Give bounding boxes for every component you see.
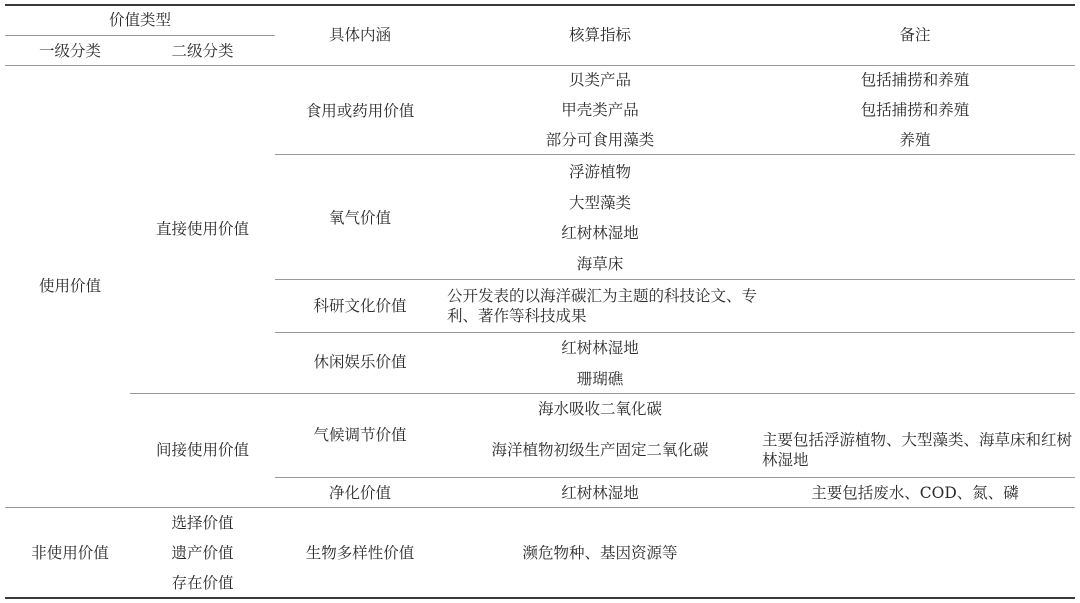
note-purify: 主要包括废水、COD、氮、磷 (755, 483, 1075, 503)
header-bottom-rule (5, 65, 1075, 66)
level2-non-use-list: 选择价值 遗产价值 存在价值 (135, 513, 270, 593)
indicator-item: 海草床 (577, 254, 624, 274)
indicators-leisure: 红树林湿地 珊瑚礁 (445, 338, 755, 389)
indicator-item: 珊瑚礁 (577, 369, 624, 389)
connotation-purify: 净化价值 (275, 483, 445, 503)
connotation-food: 食用或药用价值 (275, 101, 445, 121)
row-rule-food (275, 154, 1075, 155)
indicator-item: 部分可食用藻类 (546, 130, 655, 150)
notes-food: 包括捕捞和养殖 包括捕捞和养殖 养殖 (755, 70, 1075, 150)
note-item: 包括捕捞和养殖 (861, 70, 970, 90)
header-value-type: 价值类型 (5, 10, 275, 30)
indicator-research: 公开发表的以海洋碳汇为主题的科技论文、专利、著作等科技成果 (447, 286, 757, 326)
row-rule-research (275, 332, 1075, 333)
connotation-research: 科研文化价值 (275, 296, 445, 316)
indicator-item: 浮游植物 (569, 162, 631, 182)
note-item: 包括捕捞和养殖 (861, 100, 970, 120)
indicator-item: 大型藻类 (569, 193, 631, 213)
header-connotation: 具体内涵 (275, 25, 445, 45)
level1-non-use: 非使用价值 (5, 543, 135, 563)
indicator-biodiversity: 濒危物种、基因资源等 (445, 543, 755, 563)
table-top-rule (5, 4, 1075, 6)
indicator-item: 贝类产品 (569, 70, 631, 90)
header-level2: 二级分类 (135, 41, 270, 61)
header-level1: 一级分类 (5, 41, 135, 61)
level2-option-value: 选择价值 (171, 513, 233, 533)
indicator-purify: 红树林湿地 (445, 483, 755, 503)
level2-indirect-use: 间接使用价值 (135, 440, 270, 460)
row-rule-oxygen (275, 279, 1075, 280)
connotation-leisure: 休闲娱乐价值 (275, 352, 445, 372)
header-note: 备注 (755, 25, 1075, 45)
indicator-item: 红树林湿地 (561, 338, 639, 358)
note-item: 养殖 (899, 130, 930, 150)
row-rule-direct (130, 393, 1075, 394)
indicators-oxygen: 浮游植物 大型藻类 红树林湿地 海草床 (445, 162, 755, 274)
indicator-item: 红树林湿地 (561, 223, 639, 243)
header-subrule (5, 35, 275, 36)
indicator-item: 甲壳类产品 (561, 100, 639, 120)
connotation-biodiversity: 生物多样性价值 (275, 543, 445, 563)
indicator-climate-1: 海水吸收二氧化碳 (445, 399, 755, 419)
level2-direct-use: 直接使用价值 (135, 219, 270, 239)
level1-use-value: 使用价值 (5, 276, 135, 296)
header-indicator: 核算指标 (445, 25, 755, 45)
level2-existence-value: 存在价值 (171, 573, 233, 593)
row-rule-use (5, 507, 1075, 508)
indicator-climate-2: 海洋植物初级生产固定二氧化碳 (445, 440, 755, 460)
connotation-oxygen: 氧气价值 (275, 208, 445, 228)
indicators-food: 贝类产品 甲壳类产品 部分可食用藻类 (445, 70, 755, 150)
level2-heritage-value: 遗产价值 (171, 543, 233, 563)
table-bottom-rule (5, 597, 1075, 599)
note-climate: 主要包括浮游植物、大型藻类、海草床和红树林湿地 (762, 430, 1074, 470)
row-rule-climate (275, 477, 1075, 478)
connotation-climate: 气候调节价值 (275, 425, 445, 445)
